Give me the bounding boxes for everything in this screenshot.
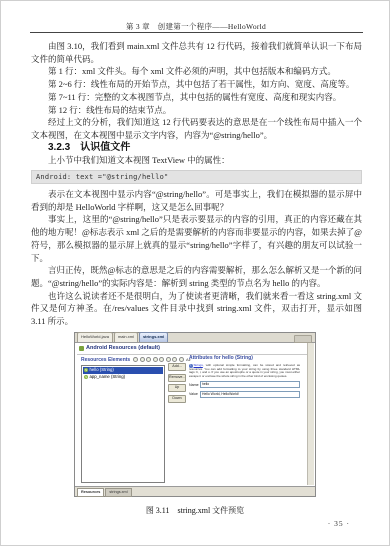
- tab-strings-xml: strings.xml: [139, 332, 168, 342]
- value-field: Hello World, HelloWorld!: [200, 391, 300, 398]
- string-resource-icon: S: [84, 375, 88, 379]
- resource-type-toolbar: Az: [133, 357, 191, 362]
- paragraph: 第 2~6 行：线性布局的开始节点，其中包括了若干属性，如方向、宽度、高度等。: [31, 78, 362, 91]
- list-item-app-name: S app_name (String): [83, 374, 163, 381]
- running-header: 第 3 章 创建第一个程序——HelloWorld: [30, 21, 362, 32]
- paragraph: 第 12 行：线性布局的结束节点。: [31, 104, 362, 117]
- tab-bar-chrome: [294, 335, 312, 343]
- paragraph: 言归正传，既然@标志的意思是之后的内容需要解析，那么怎么解析又是一个新的问题。“…: [31, 264, 362, 289]
- description-text: , with optional simple formatting, can b…: [189, 363, 300, 378]
- paragraph: 事实上，这里的“@string/hello”只是表示要显示的内容的引用，真正的内…: [31, 213, 362, 264]
- tab-helloworld-java: HelloWorld.java: [77, 332, 113, 342]
- resource-type-icon: [140, 357, 145, 362]
- value-row: Value Hello World, HelloWorld!: [189, 391, 300, 398]
- resource-type-icon: [172, 357, 177, 362]
- list-buttons: Add... Remove... Up Down: [168, 363, 186, 403]
- paragraph: 第 7~11 行：完整的文本视图节点，其中包括的属性有宽度、高度和现实内容。: [31, 91, 362, 104]
- paragraph: 表示在文本视图中显示内容“@string/hello”。可是事实上，我们在模拟器…: [31, 188, 362, 213]
- editor-tab-bar: HelloWorld.java main.xml strings.xml: [75, 333, 315, 343]
- paragraph: 由图 3.10，我们看到 main.xml 文件总共有 12 行代码，接着我们就…: [31, 40, 362, 65]
- bottom-tab-resources: Resources: [77, 488, 104, 497]
- code-snippet: Android: text ="@string/hello": [31, 170, 362, 184]
- paragraph: 也许这么说读者还不是很明白，为了使读者更清晰，我们就来看一看这 string.x…: [31, 290, 362, 328]
- paragraph: 第 1 行：xml 文件头。每个 xml 文件必须的声明，其中包括版本和编码方式…: [31, 65, 362, 78]
- resource-type-icon: [179, 357, 184, 362]
- editor-title: Android Resources (default): [79, 345, 160, 351]
- tab-main-xml: main.xml: [114, 332, 138, 342]
- page-number: · 35 ·: [328, 519, 350, 528]
- resources-list: S hello (String) S app_name (String): [81, 365, 165, 483]
- section-heading: 3.2.3 认识值文件: [31, 142, 362, 155]
- attributes-description: iStrings, with optional simple formattin…: [189, 364, 300, 379]
- resource-type-icon: [159, 357, 164, 362]
- figure-caption: 图 3.11 string.xml 文件预览: [0, 505, 390, 516]
- string-resource-icon: S: [84, 368, 88, 372]
- resource-type-icon: [146, 357, 151, 362]
- resource-type-icon: [153, 357, 158, 362]
- down-button: Down: [168, 395, 186, 403]
- up-button: Up: [168, 384, 186, 392]
- value-label: Value: [189, 392, 198, 396]
- name-field: hello: [200, 381, 300, 388]
- name-label: Name: [189, 383, 198, 387]
- resource-type-icon: [133, 357, 138, 362]
- header-rule: [30, 32, 363, 33]
- add-button: Add...: [168, 363, 186, 371]
- attributes-panel: Attributes for hello (String) iStrings, …: [189, 355, 300, 398]
- name-row: Name hello: [189, 381, 300, 388]
- remove-button: Remove...: [168, 374, 186, 382]
- paragraph: 上小节中我们知道文本视图 TextView 中的属性：: [31, 154, 362, 167]
- paragraph: 经过上文的分析，我们知道这 12 行代码要表达的意思是在一个线性布局中插入一个文…: [31, 116, 362, 141]
- book-page: 第 3 章 创建第一个程序——HelloWorld 由图 3.10，我们看到 m…: [0, 0, 390, 546]
- body-text: 由图 3.10，我们看到 main.xml 文件总共有 12 行代码，接着我们就…: [31, 40, 362, 328]
- editor-bottom-tab-bar: Resources strings.xml: [75, 486, 315, 496]
- figure-screenshot: HelloWorld.java main.xml strings.xml And…: [74, 332, 316, 497]
- scrollbar-strip: [307, 343, 314, 485]
- attributes-title: Attributes for hello (String): [189, 355, 300, 361]
- bottom-tab-strings-xml: strings.xml: [105, 488, 131, 497]
- resource-type-icon: [166, 357, 171, 362]
- android-resources-icon: [79, 346, 84, 351]
- editor-title-label: Android Resources (default): [86, 345, 160, 351]
- resources-elements-label: Resources Elements: [81, 357, 130, 363]
- list-item-label: app_name (String): [90, 374, 126, 381]
